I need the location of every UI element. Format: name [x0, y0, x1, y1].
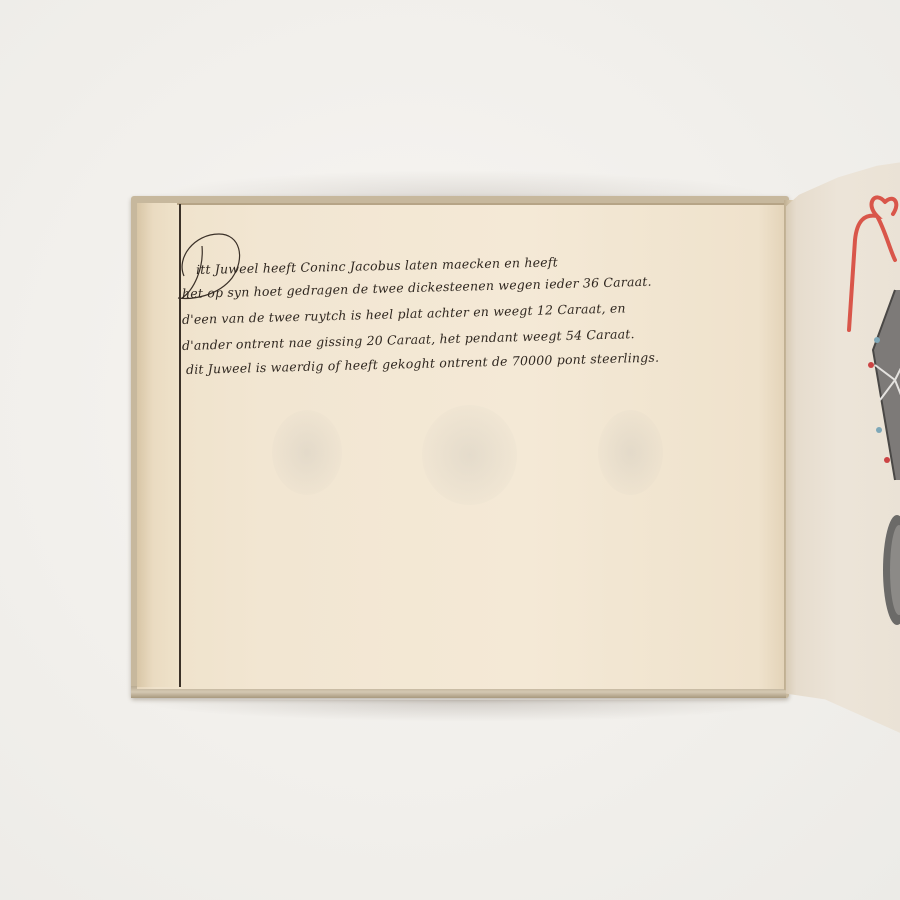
show-through-image	[598, 410, 663, 495]
jewel-pendant-illustration	[835, 190, 900, 650]
book-shadow	[135, 700, 795, 722]
show-through-image	[422, 405, 517, 505]
page-margin	[137, 203, 177, 687]
show-through-image	[272, 410, 342, 495]
